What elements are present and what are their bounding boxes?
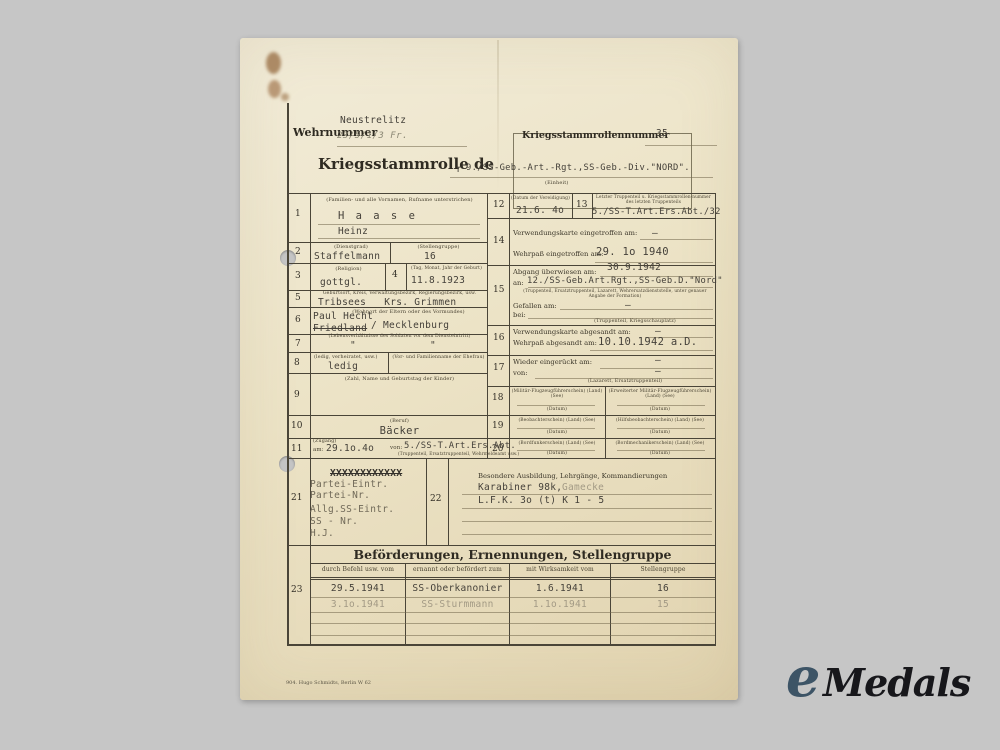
line [448,458,449,545]
usage-card-sent-label: Verwendungskarte abgesandt am: [513,328,631,336]
line [287,103,289,645]
training-weapon: Karabiner 98k, [478,482,562,493]
ksr-value: 35 [656,128,668,139]
promotion-row-group: 16 [611,583,715,594]
rejoined-value: – [655,355,661,366]
field-rank: Staffelmann [314,251,380,262]
row-number-14: 14 [493,236,504,246]
wehrpass-sent-value: 10.10.1942 a.D. [598,336,697,348]
datum-label: (Datum) [511,430,603,435]
promotion-row-effective: 1.6.1941 [510,583,610,594]
line [487,218,716,219]
rule-line [462,534,712,535]
promotion-row-rank: SS-Sturmmann [406,599,509,610]
intake-am-label: am: [313,447,324,453]
paper-stain [266,52,281,74]
pilot-license-label: (Militär-Flugzeugführerschein) (Land) (S… [511,389,603,399]
line [715,193,716,645]
usage-card-arrived-label: Verwendungskarte eingetroffen am: [513,229,637,237]
field-label-children: (Zahl, Name und Geburtstag der Kinder) [312,376,487,382]
printer-imprint: 904. Hugo Schmidts, Berlin W 62 [286,680,371,686]
row-number-8: 8 [294,358,300,368]
promotions-header-group: Stellengruppe [611,566,715,573]
promotion-row-date: 3.1o.1941 [311,599,405,610]
ss-number-label: SS - Nr. [310,516,358,527]
rejoined-label: Wieder eingerückt am: [513,358,592,366]
fallen-value: – [625,300,631,311]
special-training-header: Besondere Ausbildung, Lehrgänge, Kommand… [478,472,667,480]
party-entry-label: Partei-Eintr. [310,479,388,490]
field-last-unit: 5./SS-T.Art.Ers.Abt./32 [592,207,721,217]
field-firstname: Heinz [338,226,368,237]
field-birthplace: Tribsees Krs. Grimmen [318,297,456,308]
row-number-7: 7 [295,339,301,349]
line [426,458,427,545]
field-label-marital: (ledig, verheiratet, usw.) [314,355,378,360]
promotion-row-date: 29.5.1941 [311,583,405,594]
paper-stain [268,80,281,98]
row-number-18: 18 [492,393,503,403]
row-number-16: 16 [493,333,504,343]
field-surname: H a a s e [338,210,417,222]
promotions-title: Beförderungen, Ernennungen, Stellengrupp… [310,547,715,562]
rule-line [311,623,715,624]
rule-line [450,177,713,178]
promotion-row-rank: SS-Oberkanonier [406,583,509,594]
field-parent-town-struck: Friedland [313,323,367,334]
row-number-12: 12 [493,200,504,210]
transfer-to-unit: 12./SS-Geb.Art.Rgt.,SS-Geb.D."Nord" [527,276,723,286]
mechanic-license-label: (Bordmechanikerschein) (Land) (See) [607,441,713,446]
extended-pilot-license-label: (Erweiterter Militär-Flugzeugführerschei… [607,389,713,399]
field-label-last-unit: Letzter Truppenteil u. Kriegsstammrollen… [592,195,715,205]
field-parent-name: Paul Hecht [313,311,373,322]
promotion-row-effective: 1.1o.1941 [510,599,610,610]
line [487,386,716,387]
rule-line [311,597,715,598]
row-number-15: 15 [493,285,504,295]
line [288,373,487,374]
datum-label: (Datum) [511,407,603,412]
form-title-suffix: r [456,164,462,175]
field-label-rank: (Dienstgrad) [312,244,390,250]
line [487,265,716,266]
fallen-label: Gefallen am: [513,302,557,310]
row-number-23: 23 [291,585,302,595]
field-label-oath-date: (Datum der Vereidigung) [509,196,572,201]
rule-line [318,238,480,239]
field-paygroup: 16 [424,251,436,262]
field-label-paygroup: (Stellengruppe) [390,244,487,250]
rule-line [617,428,705,429]
promotions-header-rank: ernannt oder befördert zum [406,566,509,573]
promotions-header-order-date: durch Befehl usw. vom [311,566,405,573]
rule-line [517,428,595,429]
row-number-11: 11 [291,444,302,454]
row-number-5: 5 [295,293,301,303]
rule-line [640,239,713,240]
field-birthdate: 11.8.1923 [411,275,465,286]
line [287,644,716,646]
ditto-mark: " [430,340,436,351]
row-number-1: 1 [295,209,301,219]
rule-line [645,145,717,146]
intake-unit: 5./SS-T.Art.Ers.Abt. [404,441,516,451]
field-religion: gottgl. [320,277,362,288]
line [288,263,487,264]
rule-line [311,612,715,613]
rule-line [517,405,595,406]
line [288,242,487,243]
row-number-3: 3 [295,271,301,281]
row-number-13: 13 [576,200,587,210]
field-label-circumstances: (Lebensverhältnisse des Soldaten vor dem… [312,334,487,339]
fallen-at-label: bei: [513,311,526,319]
row-number-17: 17 [493,363,504,373]
line [288,545,716,546]
struck-heading: XXXXXXXXXXXX [330,468,402,479]
promotion-row-group: 15 [611,599,715,610]
wehrpass-arrived-label: Wehrpaß eingetroffen am: [513,250,603,258]
rule-line [617,405,705,406]
fallen-sub-label: (Truppenteil, Kriegsschauplatz) [560,319,710,324]
ss-entry-label: Allg.SS-Eintr. [310,504,394,515]
field-occupation: Bäcker [312,425,487,437]
row-number-10: 10 [291,421,302,431]
hj-label: H.J. [310,528,334,539]
rejoined-sub-label: (Lazarett, Ersatztruppenteil) [545,379,705,384]
line [288,415,716,416]
field-marital: ledig [328,361,358,372]
ditto-mark: " [350,340,356,351]
field-label-birthdate: (Tag, Monat, Jahr der Geburt) [406,266,487,271]
row-number-22: 22 [430,494,441,504]
datum-label: (Datum) [511,451,603,456]
wehrpass-arrived-value: 29. 1o 1940 [596,246,669,258]
rule-line [462,521,712,522]
wehrpass-sent-label: Wehrpaß abgesandt am: [513,339,597,347]
line [310,579,715,580]
emedals-logo-text: Medals [823,664,970,702]
rule-line [318,224,480,225]
rule-line [337,146,467,147]
row-number-21: 21 [291,493,302,503]
field-label-occupation: (Beruf) [312,418,487,424]
transfer-out-label: Abgang überwiesen am: [513,268,596,276]
rule-line [590,350,713,351]
intake-date: 29.1o.4o [326,443,374,454]
field-label-names: (Familien- und alle Vornamen, Rufname un… [312,197,487,203]
line [605,386,606,458]
line [388,352,389,373]
party-number-label: Partei-Nr. [310,490,370,501]
line [288,352,487,353]
usage-card-arrived-value: – [652,228,658,239]
paper-stain [281,93,289,101]
transfer-to-label: an: [513,279,524,287]
row-number-9: 9 [294,390,300,400]
field-oath-date: 21.6. 4o [516,205,564,216]
field-label-birthplace: Geburtsort, Kreis, Verwaltungsbezirk, Re… [312,291,487,296]
datum-label: (Datum) [607,407,713,412]
line [487,355,716,356]
line [310,563,715,564]
line [310,577,715,578]
row-number-4: 4 [392,270,398,280]
rule-line [311,635,715,636]
transfer-sub-label: (Truppenteil, Ersatztruppenteil, Lazaret… [520,289,710,299]
wehrnummer-city: Neustrelitz [340,115,406,126]
aux-observer-license-label: (Hilfsbeobachterschein) (Land) (See) [607,418,713,423]
unit-name: 9./SS-Geb.-Art.-Rgt.,SS-Geb.-Div."NORD". [466,163,690,173]
rejoined-from-value: – [655,366,661,377]
datum-label: (Datum) [607,451,713,456]
intake-sub-label: (Truppenteil, Ersatztruppenteil, Wehrmel… [398,451,519,456]
field-label-religion: (Religion) [312,266,385,272]
einheit-label: (Einheit) [545,180,569,186]
line [385,263,386,290]
field-label-wife: (Vor- und Familienname der Ehefrau) [390,355,487,360]
photo-stage: Wehrnummer Neustrelitz 23/5/1/3 Fr. Krie… [0,0,1000,750]
radio-operator-license-label: (Bordfunkerschein) (Land) (See) [511,441,603,446]
row-number-19: 19 [492,421,503,431]
observer-license-label: (Beobachterschein) (Land) (See) [511,418,603,423]
line [487,325,716,326]
row-number-2: 2 [295,247,301,257]
row-number-6: 6 [295,315,301,325]
line [572,193,573,218]
ksr-label: Kriegsstammrollennummer [522,130,669,141]
training-course: L.F.K. 3o (t) K 1 - 5 [478,495,604,506]
line [288,438,716,439]
training-weapon-extra: Gamecke [562,482,604,493]
rule-line [560,309,713,310]
wehrnummer-number: 23/5/1/3 Fr. [337,131,408,141]
field-parent-region: / Mecklenburg [371,320,449,331]
line [288,458,716,459]
promotions-header-effective: mit Wirksamkeit vom [510,566,610,573]
emedals-logo-e: e [786,650,820,704]
datum-label: (Datum) [607,430,713,435]
rejoined-from-label: von: [513,369,528,377]
transfer-out-date: 30.9.1942 [607,262,661,273]
rule-line [462,508,712,509]
